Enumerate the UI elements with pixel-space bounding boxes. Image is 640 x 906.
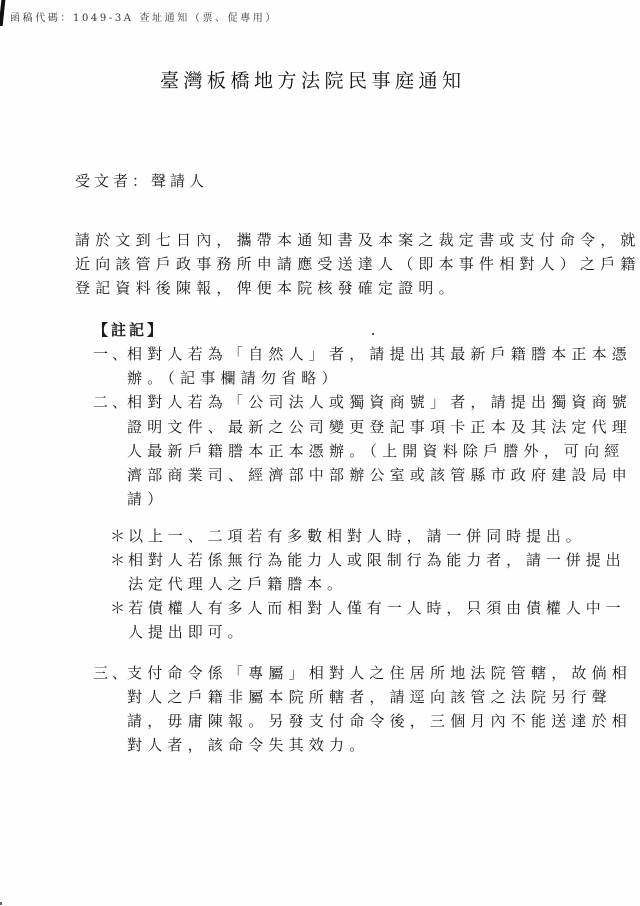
note-line: 辦。（記事欄請勿省略） [127,369,342,387]
item-marker: 二、 [93,393,131,411]
note-line: 濟部商業司、經濟部中部辦公室或該管縣市政府建設局申 [127,466,632,484]
document-title: 臺灣板橋地方法院民事庭通知 [160,66,466,93]
notes-heading: 【註記】 [93,319,165,340]
body-line: 近向該管戶政事務所申請應受送達人（即本事件相對人）之戶籍 [75,255,640,273]
note-line: 人提出即可。 [128,623,247,641]
note-line: 相對人若為「公司法人或獨資商號」者，請提出獨資商號 [127,393,632,411]
note-line: 人最新戶籍謄本正本憑辦。（上開資料除戶謄外，可向經 [127,442,625,460]
asterisk-icon: ＊ [110,551,129,569]
body-line: 請於文到七日內，攜帶本通知書及本案之裁定書或支付命令，就 [75,231,640,249]
note-line: 支付命令係「專屬」相對人之住居所地法院管轄，故倘相 [127,664,632,682]
note-line: 請，毋庸陳報。另發支付命令後，三個月內不能送達於相 [127,712,632,730]
note-line: 請） [127,490,167,508]
note-line: 法定代理人之戶籍謄本。 [128,575,347,593]
note-line: 相對人若為「自然人」者，請提出其最新戶籍謄本正本憑 [127,345,632,363]
note-line: 證明文件、最新之公司變更登記事項卡正本及其法定代理 [127,418,632,436]
recipient-line: 受文者：聲請人 [75,170,208,191]
scan-speck [372,333,374,335]
scan-speck [0,902,2,905]
form-code: 函稿代碼：1049-3A 查址通知（票、促專用） [10,9,278,24]
scan-edge-mark [0,0,5,26]
asterisk-icon: ＊ [110,527,129,545]
note-line: 對人者，該命令失其效力。 [127,736,369,754]
note-line: 對人之戶籍非屬本院所轄者，請逕向該管之法院另行聲 [127,688,612,706]
note-line: 若債權人有多人而相對人僅有一人時，只須由債權人中一 [128,599,626,617]
item-marker: 一、 [93,345,131,363]
asterisk-icon: ＊ [110,599,129,617]
note-line: 以上一、二項若有多數相對人時，請一併同時提出。 [128,527,586,545]
body-line: 登記資料後陳報，俾便本院核發確定證明。 [75,279,459,297]
item-marker: 三、 [93,664,131,682]
note-line: 相對人若係無行為能力人或限制行為能力者，請一併提出 [128,551,626,569]
